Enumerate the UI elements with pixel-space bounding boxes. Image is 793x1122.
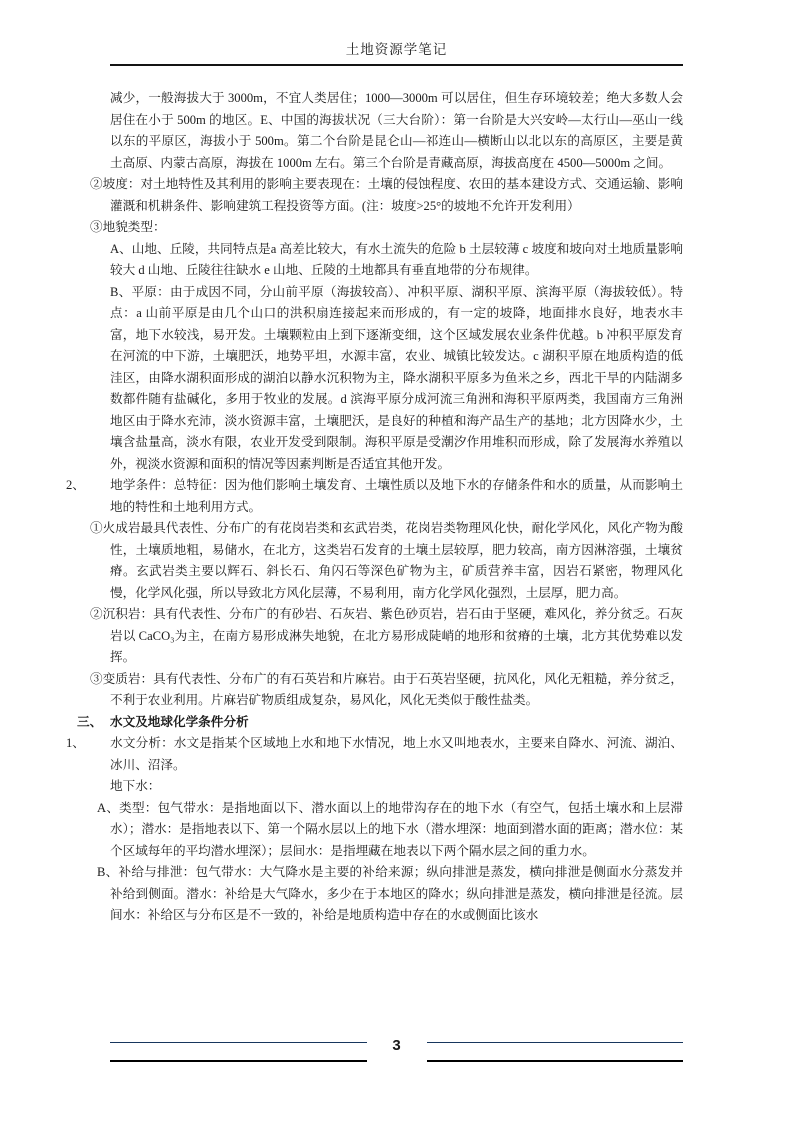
paragraph-igneous: ①火成岩最具代表性、分布广的有花岗岩类和玄武岩类，花岗岩类物理风化快，耐化学风化…: [110, 518, 683, 604]
document-page: 土地资源学笔记 减少，一般海拔大于 3000m，不宜人类居住；1000—3000…: [0, 0, 793, 1122]
paragraph-slope: ②坡度：对土地特性及其利用的影响主要表现在：土壤的侵蚀程度、农田的基本建设方式、…: [110, 174, 683, 217]
paragraph-text: 沉积岩：具有代表性、分布广的有砂岩、石灰岩、紫色砂页岩，岩石由于坚硬，难风化，养…: [103, 607, 683, 664]
page-footer: 3: [110, 1036, 683, 1062]
paragraph-landform-heading: ③地貌类型：: [110, 217, 683, 239]
list-marker: A、: [97, 801, 119, 815]
list-number: 2、: [66, 475, 110, 497]
section-number: 三、: [77, 712, 110, 734]
list-marker: ③: [90, 220, 103, 234]
paragraph-altitude-continuation: 减少，一般海拔大于 3000m，不宜人类居住；1000—3000m 可以居住，但…: [110, 88, 683, 174]
list-marker: A、: [110, 242, 132, 256]
list-marker: ③: [90, 672, 103, 686]
list-marker: B、: [110, 285, 131, 299]
paragraph-text: 地学条件：总特征：因为他们影响土壤发育、土壤性质以及地下水的存储条件和水的质量，…: [110, 478, 683, 514]
paragraph-landform-a: A、山地、丘陵，共同特点是a 高差比较大，有水土流失的危险 b 土层较薄 c 坡…: [110, 239, 683, 282]
paragraph-text: 坡度：对土地特性及其利用的影响主要表现在：土壤的侵蚀程度、农田的基本建设方式、交…: [103, 177, 683, 213]
document-body: 减少，一般海拔大于 3000m，不宜人类居住；1000—3000m 可以居住，但…: [110, 88, 683, 927]
section-hydrology-heading: 三、水文及地球化学条件分析: [110, 712, 683, 734]
paragraph-groundwater-type: A、类型：包气带水：是指地面以下、潜水面以上的地带沟存在的地下水（有空气，包括土…: [110, 798, 683, 863]
groundwater-label: 地下水：: [110, 776, 683, 798]
page-number: 3: [367, 1036, 427, 1056]
paragraph-metamorphic: ③变质岩：具有代表性、分布广的有石英岩和片麻岩。由于石英岩坚硬，抗风化，风化无粗…: [110, 669, 683, 712]
list-marker: ②: [90, 177, 103, 191]
paragraph-text: 地貌类型：: [103, 220, 166, 234]
list-number: 1、: [66, 733, 110, 755]
footer-rule-left: [110, 1042, 367, 1062]
paragraph-text: 火成岩最具代表性、分布广的有花岗岩类和玄武岩类，花岗岩类物理风化快，耐化学风化，…: [103, 521, 683, 600]
paragraph-geology: 2、地学条件：总特征：因为他们影响土壤发育、土壤性质以及地下水的存储条件和水的质…: [110, 475, 683, 518]
paragraph-text: 山地、丘陵，共同特点是a 高差比较大，有水土流失的危险 b 土层较薄 c 坡度和…: [110, 242, 683, 278]
footer-rule-right: [427, 1042, 684, 1062]
paragraph-text: 水文分析：水文是指某个区域地上水和地下水情况，地上水又叫地表水，主要来自降水、河…: [110, 736, 683, 772]
paragraph-text: 变质岩：具有代表性、分布广的有石英岩和片麻岩。由于石英岩坚硬，抗风化，风化无粗糙…: [103, 672, 683, 708]
paragraph-landform-b: B、平原：由于成因不同，分山前平原（海拔较高）、冲积平原、湖积平原、滨海平原（海…: [110, 282, 683, 476]
paragraph-text: 类型：包气带水：是指地面以下、潜水面以上的地带沟存在的地下水（有空气，包括土壤水…: [110, 801, 683, 858]
paragraph-text: 平原：由于成因不同，分山前平原（海拔较高）、冲积平原、湖积平原、滨海平原（海拔较…: [110, 285, 683, 471]
page-header-title: 土地资源学笔记: [110, 38, 683, 66]
list-marker: ②: [90, 607, 103, 621]
list-marker: B、: [97, 865, 118, 879]
section-title: 水文及地球化学条件分析: [110, 715, 249, 729]
paragraph-hydrology-analysis: 1、水文分析：水文是指某个区域地上水和地下水情况，地上水又叫地表水，主要来自降水…: [110, 733, 683, 776]
list-marker: ①: [90, 521, 103, 535]
paragraph-groundwater-recharge: B、补给与排泄：包气带水：大气降水是主要的补给来源；纵向排泄是蒸发，横向排泄是侧…: [110, 862, 683, 927]
paragraph-text: 补给与排泄：包气带水：大气降水是主要的补给来源；纵向排泄是蒸发，横向排泄是侧面水…: [110, 865, 683, 922]
paragraph-sedimentary: ②沉积岩：具有代表性、分布广的有砂岩、石灰岩、紫色砂页岩，岩石由于坚硬，难风化，…: [110, 604, 683, 669]
